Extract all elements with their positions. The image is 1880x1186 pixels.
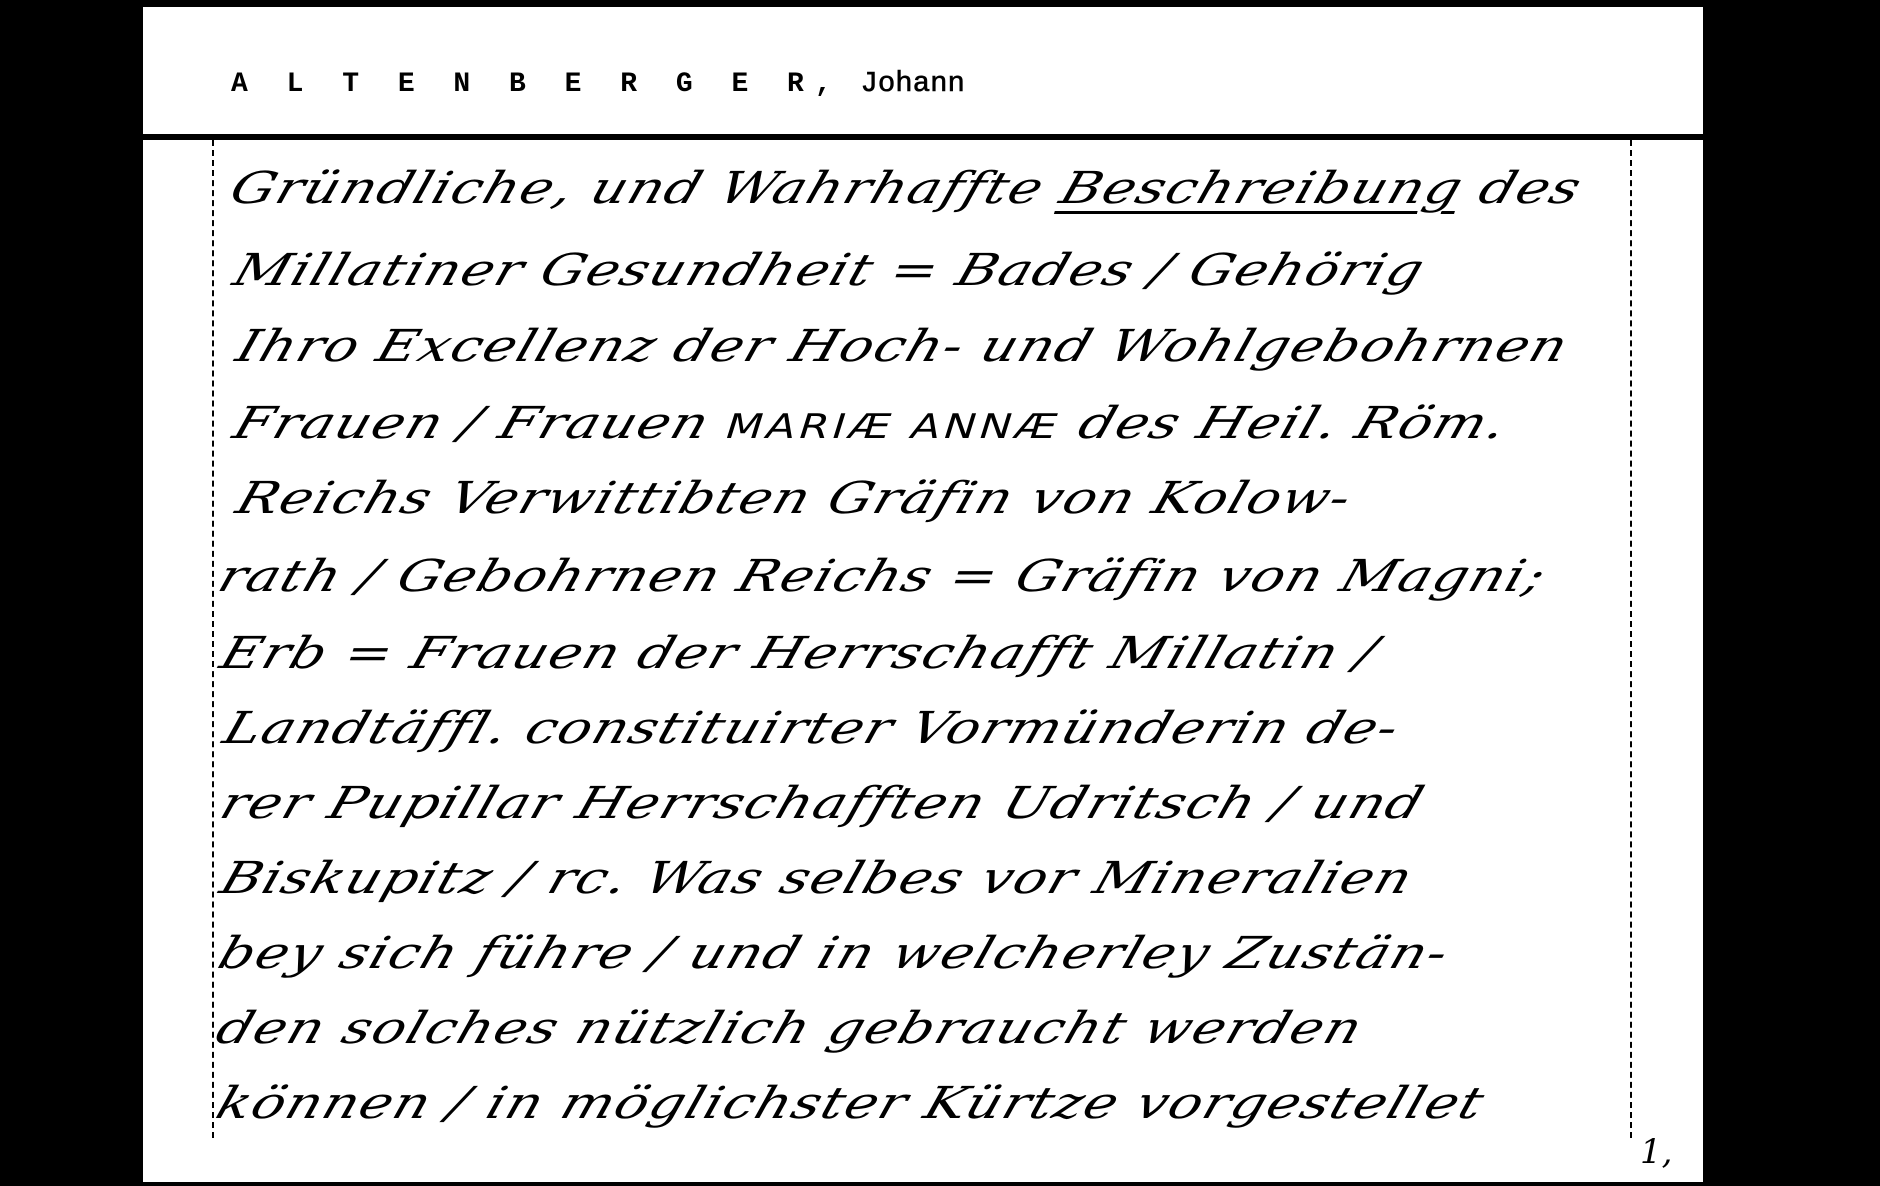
printed-name: MARIÆ ANNÆ	[720, 407, 1067, 447]
line-text: Frauen / Frauen	[227, 398, 735, 449]
manuscript-line: Reichs Verwittibten Gräfin von Kolow-	[231, 477, 1357, 521]
manuscript-line: Landtäffl. constituirter Vormünderin de-	[218, 707, 1405, 751]
manuscript-line: den solches nützlich gebraucht werden	[211, 1007, 1368, 1051]
document-page: A L T E N B E R G E R, Johann Gründliche…	[143, 7, 1703, 1182]
underlined-word: Beschreibung	[1054, 163, 1470, 214]
manuscript-line: Frauen / Frauen MARIÆ ANNÆ des Heil. Röm…	[228, 402, 1513, 446]
line-text: des	[1454, 163, 1588, 214]
manuscript-line: rath / Gebohrnen Reichs = Gräfin von Mag…	[213, 555, 1552, 599]
manuscript-line: Gründliche, und Wahrhaffte Beschreibung …	[225, 167, 1587, 211]
manuscript-line: können / in möglichster Kürtze vorgestel…	[211, 1082, 1490, 1126]
page-number: 1,	[1640, 1132, 1672, 1172]
manuscript-line: rer Pupillar Herrschafften Udritsch / un…	[215, 782, 1430, 826]
manuscript-line: Millatiner Gesundheit = Bades / Gehörig	[228, 249, 1430, 293]
manuscript-line: Biskupitz / rc. Was selbes vor Mineralie…	[215, 857, 1419, 901]
manuscript-body: Gründliche, und Wahrhaffte Beschreibung …	[143, 7, 1703, 1182]
manuscript-line: bey sich führe / und in welcherley Zustä…	[213, 932, 1454, 976]
manuscript-line: Erb = Frauen der Herrschafft Millatin /	[215, 632, 1383, 676]
line-text: des Heil. Röm.	[1054, 398, 1514, 449]
line-text: Gründliche, und Wahrhaffte	[224, 163, 1070, 214]
manuscript-line: Ihro Excellenz der Hoch- und Wohlgebohrn…	[231, 325, 1574, 369]
